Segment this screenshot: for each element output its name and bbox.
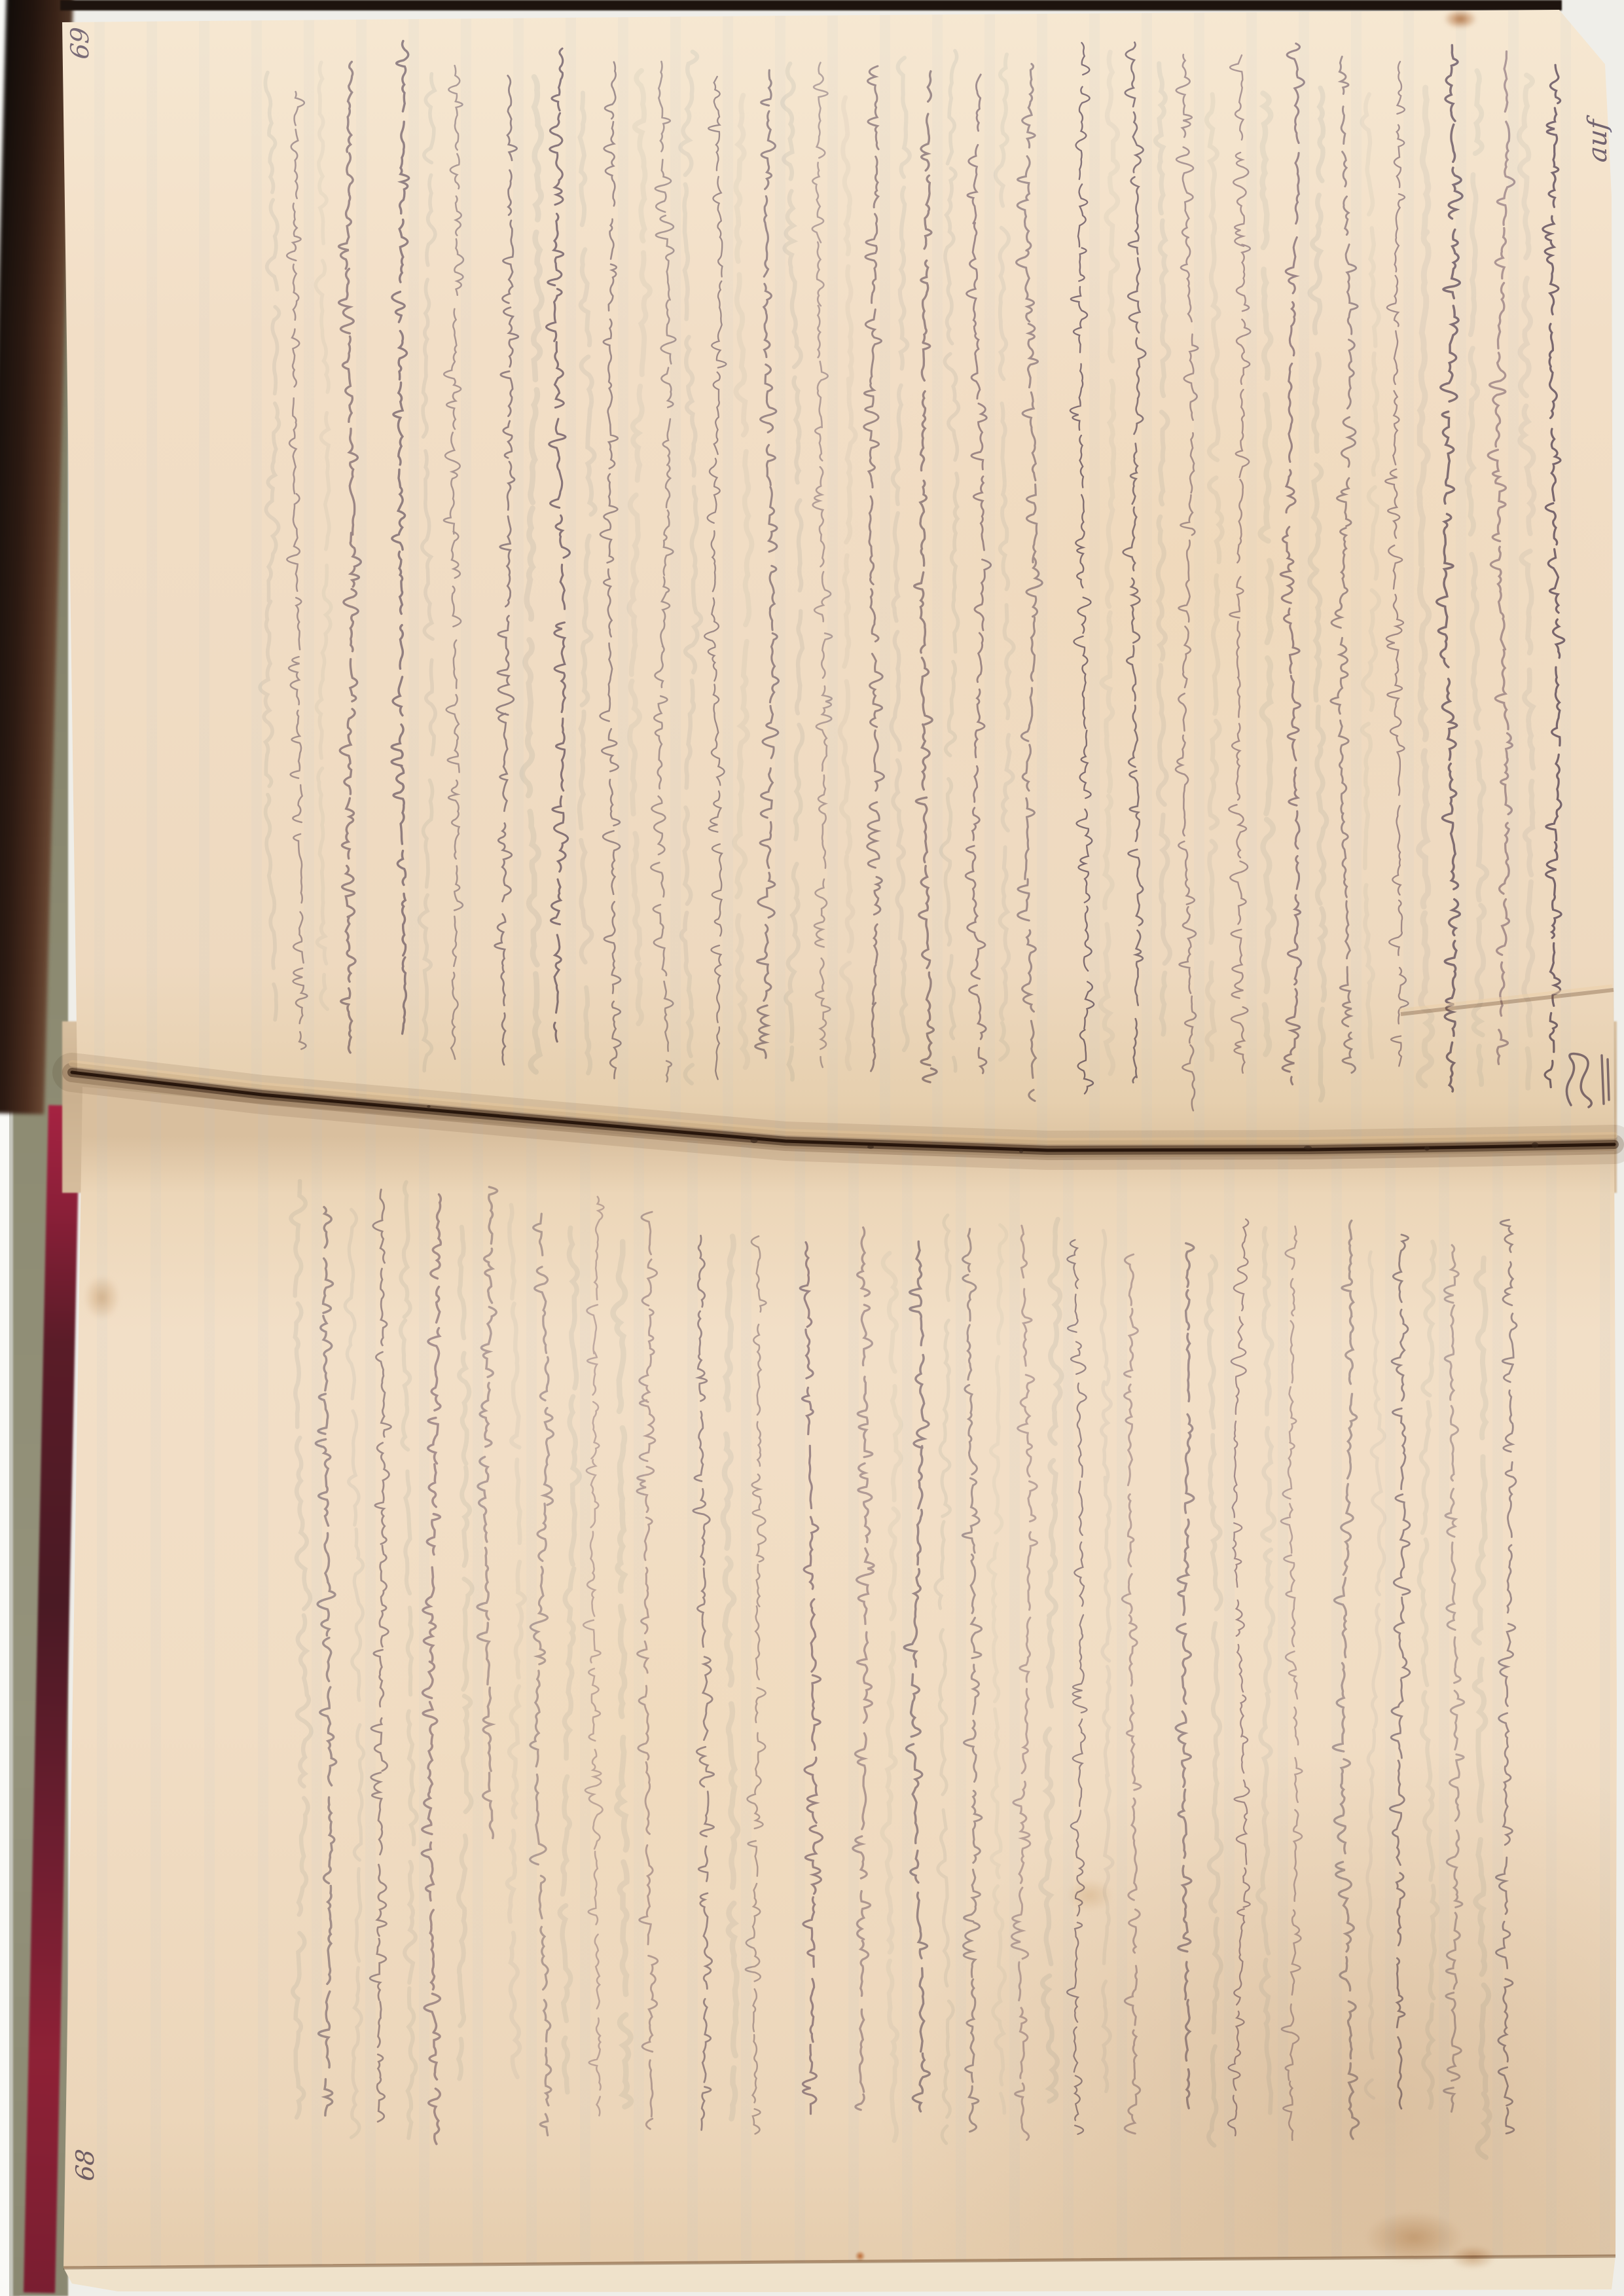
catchword-auf-text: auf: [1565, 117, 1624, 166]
handwriting-line: [1206, 1256, 1221, 2145]
handwriting-line: [560, 1228, 579, 2092]
handwriting-line: [853, 1228, 874, 2110]
handwriting-line: [444, 65, 463, 1059]
handwriting-line: [1017, 64, 1043, 1101]
handwriting-line: [1488, 52, 1514, 1065]
handwriting-line: [1467, 71, 1487, 1084]
handwriting-line: [507, 1205, 525, 2077]
handwriting-line: [914, 71, 937, 1082]
stain-page68-bottom-right: [1365, 2212, 1463, 2264]
handwriting-line: [613, 1242, 631, 2107]
handwriting-line: [1418, 88, 1432, 1085]
handwriting-line: [316, 62, 331, 1009]
handwriting-line: [996, 54, 1014, 1060]
handwriting-line: [345, 1210, 363, 2138]
stain-page68-bottom-right-small: [1450, 2246, 1496, 2269]
handwriting-line: [401, 1182, 417, 2138]
handwriting-line: [1228, 1219, 1250, 2136]
handwriting-line: [1519, 75, 1534, 1088]
handwriting-line: [892, 58, 910, 1050]
handwriting-line: [1444, 1245, 1464, 2112]
handwriting-line: [1281, 1226, 1302, 2140]
handwriting-line: [1260, 94, 1274, 1055]
handwriting-line: [1011, 1226, 1037, 2140]
ink-speck: [1304, 1146, 1312, 1150]
handwriting-line: [800, 1242, 822, 2113]
handwriting-line: [882, 1253, 901, 2141]
handwriting-line: [316, 1207, 336, 2116]
handwriting-line: [782, 64, 803, 1080]
handwriting-line: [583, 1197, 604, 2116]
handwriting-line: [287, 92, 307, 1049]
stain-top-edge: [1443, 9, 1477, 29]
handwriting-line: [962, 1229, 982, 2132]
handwriting-line: [864, 66, 884, 1071]
handwriting-line: [1041, 1219, 1062, 2101]
handwriting-line: [941, 51, 958, 1071]
ink-speck: [427, 1105, 430, 1108]
scanned-book-spread: 69 68 auf: [0, 0, 1624, 2296]
ink-speck: [867, 1145, 874, 1148]
page-number-68: 68: [69, 2143, 101, 2186]
handwriting-line: [746, 1236, 767, 2134]
handwriting-line: [651, 62, 676, 1082]
stain-page68-left: [84, 1275, 120, 1320]
handwriting-line: [1333, 1220, 1359, 2139]
handwriting-line: [1365, 1252, 1385, 2098]
handwriting-line: [1102, 1231, 1113, 2092]
handwriting-line: [391, 41, 409, 1034]
handwriting-line: [291, 1181, 311, 2117]
handwriting-line: [637, 1212, 658, 2129]
handwriting-line: [1122, 1254, 1141, 2134]
handwriting-line: [693, 1235, 714, 2130]
handwriting-line: [422, 1194, 441, 2144]
handwriting-line: [495, 76, 518, 1065]
handwriting-line: [530, 1214, 554, 2136]
handwriting-line: [734, 96, 751, 1068]
handwriting-line: [1176, 1243, 1194, 2108]
handwriting-line: [704, 77, 726, 1080]
handwriting-line: [1419, 1242, 1438, 2108]
ink-speck: [1019, 1149, 1023, 1154]
handwriting-line: [1067, 1240, 1087, 2134]
handwriting-line: [904, 1241, 929, 2111]
handwriting-line: [1496, 1220, 1517, 2134]
handwriting-line: [1070, 43, 1094, 1093]
handwriting-line: [459, 1227, 473, 2079]
handwriting-line: [1390, 1235, 1410, 2109]
handwriting-line: [1100, 52, 1117, 1074]
handwriting-line: [419, 74, 435, 1070]
gutter-fold-shadow: [72, 1063, 1614, 1150]
handwriting-line: [812, 63, 832, 1068]
handwriting-line: [965, 75, 991, 1073]
handwriting-line: [260, 73, 279, 1020]
handwriting-line: [1123, 43, 1146, 1083]
handwriting-line: [1310, 88, 1327, 1100]
handwriting-line: [1257, 1228, 1274, 2113]
ink-speck: [1424, 1146, 1430, 1150]
handwriting-line: [1473, 1258, 1489, 2158]
ink-speck: [751, 1138, 758, 1143]
handwriting-line: [579, 93, 595, 1073]
stain-foxing-faint: [1067, 1879, 1113, 1912]
handwriting-line: [370, 1190, 391, 2122]
handwriting-line: [1229, 55, 1250, 1073]
handwriting-line: [755, 70, 779, 1058]
handwriting-line: [1331, 57, 1358, 1073]
page68-handwriting-text: [316, 1187, 1517, 2144]
handwriting-line: [1155, 64, 1170, 1034]
handwriting-line: [680, 52, 701, 1084]
handwriting-layer: [0, 0, 1624, 2296]
handwriting-line: [629, 71, 650, 1024]
handwriting-line: [1543, 65, 1564, 1087]
handwriting-line: [988, 1225, 1006, 2113]
handwriting-line: [547, 48, 570, 1042]
handwriting-line: [522, 77, 542, 1072]
handwriting-line: [935, 1215, 953, 2143]
page-number-69: 69: [64, 22, 96, 64]
handwriting-line: [339, 62, 361, 1053]
stain-orange-dot: [855, 2251, 865, 2261]
handwriting-line: [477, 1187, 497, 1838]
handwriting-line: [1437, 45, 1462, 1091]
handwriting-line: [1206, 94, 1222, 1059]
catchword-auf: auf: [1565, 126, 1624, 199]
gutter-catchword-flourish: [1566, 1054, 1609, 1107]
handwriting-line: [600, 62, 621, 1079]
handwriting-line: [723, 1237, 738, 2119]
handwriting-line: [1362, 94, 1379, 1057]
page68-bleedthrough-text: [291, 1181, 1489, 2157]
handwriting-line: [1176, 54, 1198, 1110]
page69-crease-line: [1399, 986, 1614, 1014]
handwriting-line: [840, 98, 856, 1069]
handwriting-line: [1280, 44, 1304, 1085]
ink-speck: [1532, 1142, 1538, 1148]
handwriting-line: [1385, 62, 1408, 1066]
